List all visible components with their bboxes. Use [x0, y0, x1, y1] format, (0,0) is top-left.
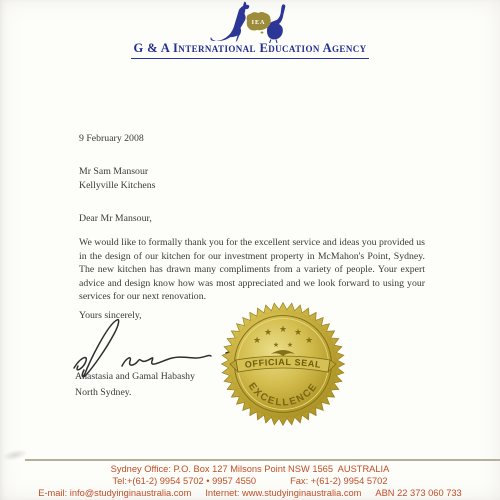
footer-email: E-mail: info@studyinginaustralia.com [38, 488, 191, 498]
footer-tel: Tel:+(61-2) 9954 5702 • 9957 4550 [112, 476, 256, 486]
svg-text:★: ★ [287, 341, 293, 349]
recipient-name: Mr Sam Mansour [79, 165, 155, 179]
letterhead-title: G & A International Education Agency [0, 39, 500, 59]
footer-web-line: E-mail: info@studyinginaustralia.com Int… [0, 488, 500, 498]
footer-internet: Internet: www.studyinginaustralia.com [205, 488, 361, 498]
svg-text:★: ★ [305, 336, 313, 346]
agency-logo: IEA [203, 1, 303, 43]
footer-fax: Fax: +(61-2) 9954 5702 [290, 476, 387, 486]
scanned-letter-page: IEA G & A International Education Agency… [0, 0, 500, 500]
official-seal: ★ ★ ★ ★ ★ ★ ★ OFFICIAL SEAL EXCELLENCE [221, 302, 345, 426]
letter-body: We would like to formally thank you for … [79, 236, 425, 304]
recipient-block: Mr Sam Mansour Kellyville Kitchens [79, 165, 155, 192]
signatory-location: North Sydney. [75, 386, 132, 400]
kangaroo-icon [211, 2, 250, 42]
agency-name: G & A International Education Agency [131, 41, 368, 59]
iea-monogram: IEA [252, 19, 266, 26]
signatory-names: Anastasia and Gamal Habashy [75, 370, 195, 384]
recipient-company: Kellyville Kitchens [79, 179, 155, 193]
footer-address: Sydney Office: P.O. Box 127 Milsons Poin… [0, 464, 500, 474]
footer-phone-line: Tel:+(61-2) 9954 5702 • 9957 4550 Fax: +… [0, 476, 500, 486]
svg-text:★: ★ [264, 328, 272, 338]
letter-date: 9 February 2008 [79, 132, 144, 146]
svg-text:★: ★ [294, 328, 302, 338]
svg-text:★: ★ [273, 341, 279, 349]
footer-abn: ABN 22 373 060 733 [375, 488, 461, 498]
svg-text:★: ★ [279, 325, 287, 335]
svg-text:★: ★ [253, 336, 261, 346]
footer-divider [25, 459, 500, 461]
salutation: Dear Mr Mansour, [79, 212, 152, 226]
